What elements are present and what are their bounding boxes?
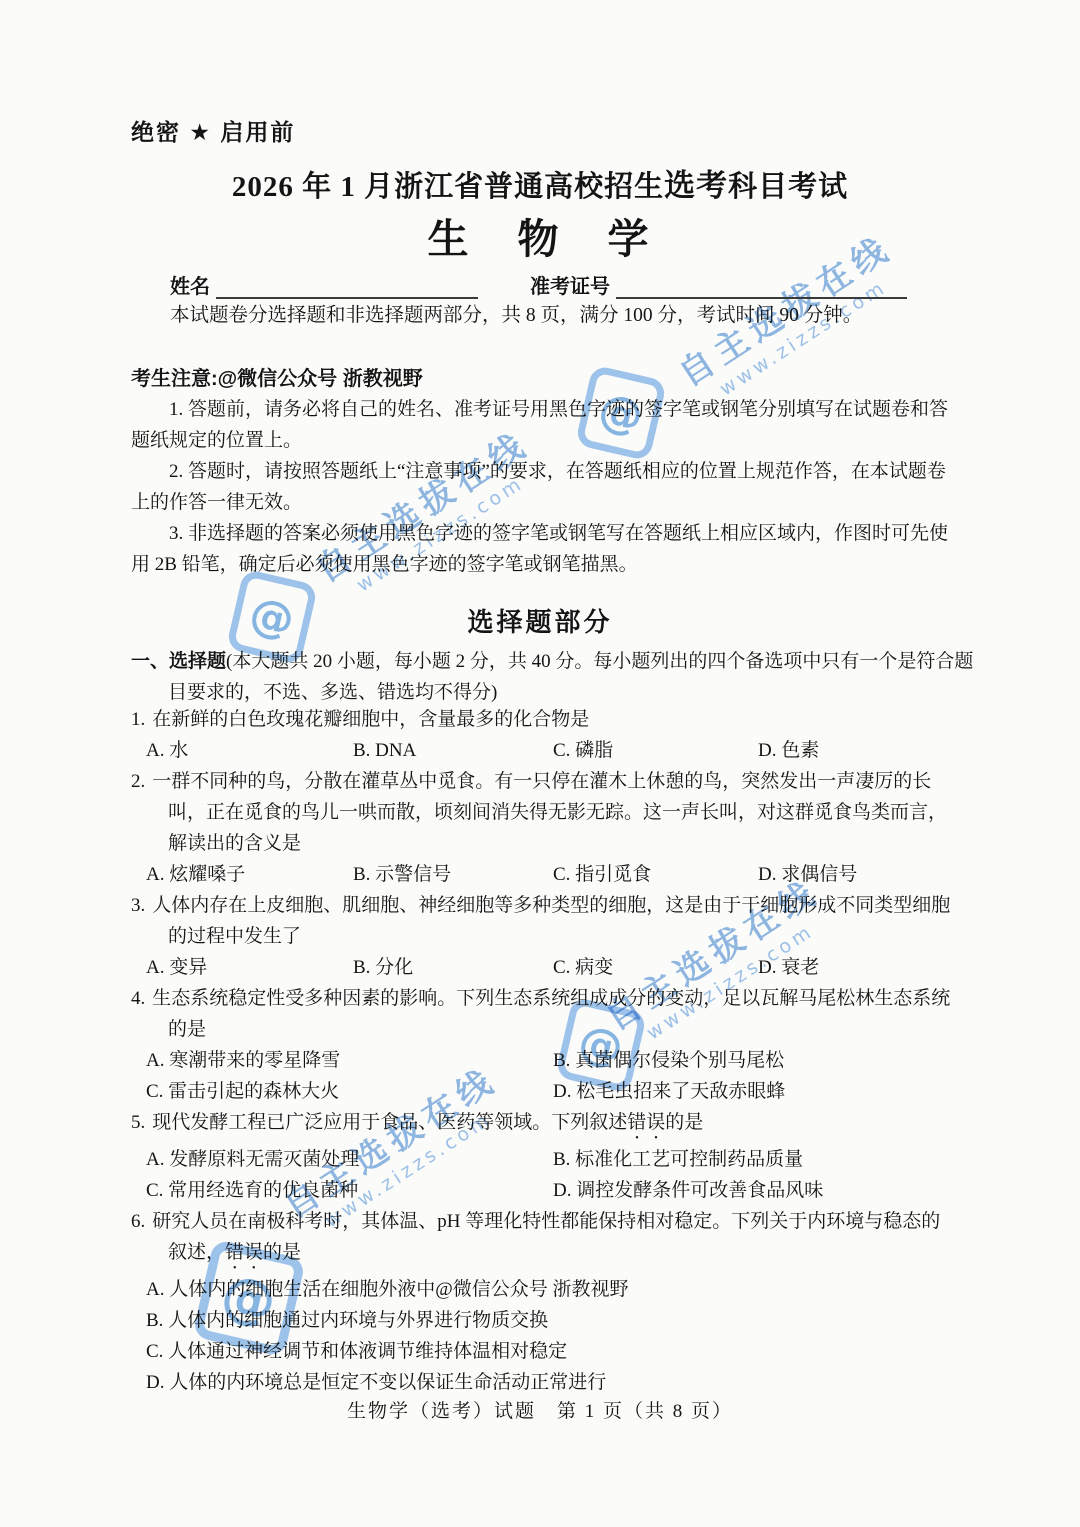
ticket-blank-line xyxy=(616,273,907,299)
options-row: A. 变异 B. 分化 C. 病变 D. 衰老 xyxy=(146,952,953,983)
exam-info-line: 本试题卷分选择题和非选择题两部分，共 8 页，满分 100 分，考试时间 90 … xyxy=(170,299,862,327)
notice-list: 1. 答题前，请务必将自己的姓名、准考证号用黑色字迹的签字笔或钢笔分别填写在试题… xyxy=(131,394,951,580)
section-intro-rules: (本大题共 20 小题，每小题 2 分，共 40 分。每小题列出的四个备选项中只… xyxy=(168,651,973,703)
option-d: D. 人体的内环境总是恒定不变以保证生命活动正常进行 xyxy=(146,1367,953,1398)
notice-item: 1. 答题前，请务必将自己的姓名、准考证号用黑色字迹的签字笔或钢笔分别填写在试题… xyxy=(131,394,951,456)
notice-item: 2. 答题时，请按照答题纸上“注意事项”的要求，在答题纸相应的位置上规范作答，在… xyxy=(131,456,951,518)
notice-heading: 考生注意:@微信公众号 浙教视野 xyxy=(131,362,423,391)
stem-text: 的是 xyxy=(263,1242,301,1263)
question-number: 3. xyxy=(131,895,152,916)
options-row: A. 水 B. DNA C. 磷脂 D. 色素 xyxy=(146,735,953,766)
question-2: 2.一群不同种的鸟，分散在灌草丛中觅食。有一只停在灌木上休憩的鸟，突然发出一声凄… xyxy=(131,766,953,890)
question-number: 1. xyxy=(131,709,152,730)
option-c: C. 雷击引起的森林大火 xyxy=(146,1076,553,1107)
options-grid: A. 寒潮带来的零星降雪 B. 真菌偶尔侵染个别马尾松 C. 雷击引起的森林大火… xyxy=(146,1045,953,1107)
question-stem: 3.人体内存在上皮细胞、肌细胞、神经细胞等多种类型的细胞，这是由于干细胞形成不同… xyxy=(131,890,953,952)
question-1: 1.在新鲜的白色玫瑰花瓣细胞中，含量最多的化合物是 A. 水 B. DNA C.… xyxy=(131,704,953,766)
question-stem: 5.现代发酵工程已广泛应用于食品、医药等领域。下列叙述错误的是 xyxy=(131,1107,953,1144)
option-b: B. 人体内的细胞通过内环境与外界进行物质交换 xyxy=(146,1305,953,1336)
classified-banner: 绝密 ★ 启用前 xyxy=(131,114,295,147)
stem-text: 一群不同种的鸟，分散在灌草丛中觅食。有一只停在灌木上休憩的鸟，突然发出一声凄厉的… xyxy=(152,771,947,854)
section-intro-title: 一、选择题 xyxy=(131,651,226,672)
options-grid: A. 发酵原料无需灭菌处理 B. 标准化工艺可控制药品质量 C. 常用经选育的优… xyxy=(146,1144,953,1206)
question-5: 5.现代发酵工程已广泛应用于食品、医药等领域。下列叙述错误的是 A. 发酵原料无… xyxy=(131,1107,953,1206)
option-b: B. 分化 xyxy=(353,952,553,983)
notice-item: 3. 非选择题的答案必须使用黑色字迹的签字笔或钢笔写在答题纸上相应区域内，作图时… xyxy=(131,518,951,580)
option-b: B. DNA xyxy=(353,735,553,766)
question-number: 4. xyxy=(131,988,152,1009)
question-number: 6. xyxy=(131,1211,152,1232)
question-6: 6.研究人员在南极科考时，其体温、pH 等理化特性都能保持相对稳定。下列关于内环… xyxy=(131,1206,953,1398)
question-stem: 4.生态系统稳定性受多种因素的影响。下列生态系统组成成分的变动，足以瓦解马尾松林… xyxy=(131,983,953,1045)
question-list: 1.在新鲜的白色玫瑰花瓣细胞中，含量最多的化合物是 A. 水 B. DNA C.… xyxy=(131,704,953,1398)
exam-title-emphasis: 选考 xyxy=(664,168,728,203)
stem-emphasized-text: 错误 xyxy=(225,1242,263,1263)
option-d: D. 求偶信号 xyxy=(758,859,953,890)
option-b: B. 真菌偶尔侵染个别马尾松 xyxy=(553,1045,953,1076)
subject-title: 生 物 学 xyxy=(0,206,1080,265)
option-a: A. 寒潮带来的零星降雪 xyxy=(146,1045,553,1076)
option-c: C. 磷脂 xyxy=(553,735,758,766)
option-c: C. 人体通过神经调节和体液调节维持体温相对稳定 xyxy=(146,1336,953,1367)
ticket-label: 准考证号 xyxy=(530,270,610,299)
option-a: A. 发酵原料无需灭菌处理 xyxy=(146,1144,553,1175)
stem-text: 在新鲜的白色玫瑰花瓣细胞中，含量最多的化合物是 xyxy=(152,709,589,730)
exam-paper-page: 自主选拔在线 www.zizzs.com 自主选拔在线 www.zizzs.co… xyxy=(0,0,1080,1527)
question-stem: 2.一群不同种的鸟，分散在灌草丛中觅食。有一只停在灌木上休憩的鸟，突然发出一声凄… xyxy=(131,766,953,859)
option-b: B. 示警信号 xyxy=(353,859,553,890)
exam-title-prefix: 2026 年 1 月浙江省普通高校招生 xyxy=(232,171,664,203)
exam-title-suffix: 科目考试 xyxy=(728,171,848,203)
option-a: A. 炫耀嗓子 xyxy=(146,859,353,890)
section-intro: 一、选择题(本大题共 20 小题，每小题 2 分，共 40 分。每小题列出的四个… xyxy=(131,646,990,708)
question-3: 3.人体内存在上皮细胞、肌细胞、神经细胞等多种类型的细胞，这是由于干细胞形成不同… xyxy=(131,890,953,983)
option-c: C. 病变 xyxy=(553,952,758,983)
question-4: 4.生态系统稳定性受多种因素的影响。下列生态系统组成成分的变动，足以瓦解马尾松林… xyxy=(131,983,953,1107)
option-b: B. 标准化工艺可控制药品质量 xyxy=(553,1144,953,1175)
name-label: 姓名 xyxy=(170,270,210,299)
option-c: C. 指引觅食 xyxy=(553,859,758,890)
name-blank-line xyxy=(216,273,478,299)
stem-text: 的是 xyxy=(665,1112,703,1133)
question-stem: 6.研究人员在南极科考时，其体温、pH 等理化特性都能保持相对稳定。下列关于内环… xyxy=(131,1206,953,1274)
question-number: 2. xyxy=(131,771,152,792)
section-heading: 选择题部分 xyxy=(0,602,1080,639)
page-footer: 生物学（选考）试题 第 1 页（共 8 页） xyxy=(0,1396,1080,1423)
options-row: A. 炫耀嗓子 B. 示警信号 C. 指引觅食 D. 求偶信号 xyxy=(146,859,953,890)
stem-text: 生态系统稳定性受多种因素的影响。下列生态系统组成成分的变动，足以瓦解马尾松林生态… xyxy=(152,988,950,1040)
question-stem: 1.在新鲜的白色玫瑰花瓣细胞中，含量最多的化合物是 xyxy=(131,704,953,735)
option-a: A. 人体内的细胞生活在细胞外液中@微信公众号 浙教视野 xyxy=(146,1274,953,1305)
option-d: D. 松毛虫招来了天敌赤眼蜂 xyxy=(553,1076,953,1107)
option-a: A. 变异 xyxy=(146,952,353,983)
exam-title: 2026 年 1 月浙江省普通高校招生选考科目考试 xyxy=(0,160,1080,205)
option-a: A. 水 xyxy=(146,735,353,766)
option-d: D. 色素 xyxy=(758,735,953,766)
question-number: 5. xyxy=(131,1112,152,1133)
options-list: A. 人体内的细胞生活在细胞外液中@微信公众号 浙教视野 B. 人体内的细胞通过… xyxy=(146,1274,953,1398)
stem-emphasized-text: 错误 xyxy=(627,1112,665,1133)
stem-text: 现代发酵工程已广泛应用于食品、医药等领域。下列叙述 xyxy=(152,1112,627,1133)
option-d: D. 衰老 xyxy=(758,952,953,983)
option-c: C. 常用经选育的优良菌种 xyxy=(146,1175,553,1206)
stem-text: 人体内存在上皮细胞、肌细胞、神经细胞等多种类型的细胞，这是由于干细胞形成不同类型… xyxy=(152,895,950,947)
candidate-fields-row: 姓名 准考证号 xyxy=(170,270,907,299)
option-d: D. 调控发酵条件可改善食品风味 xyxy=(553,1175,953,1206)
